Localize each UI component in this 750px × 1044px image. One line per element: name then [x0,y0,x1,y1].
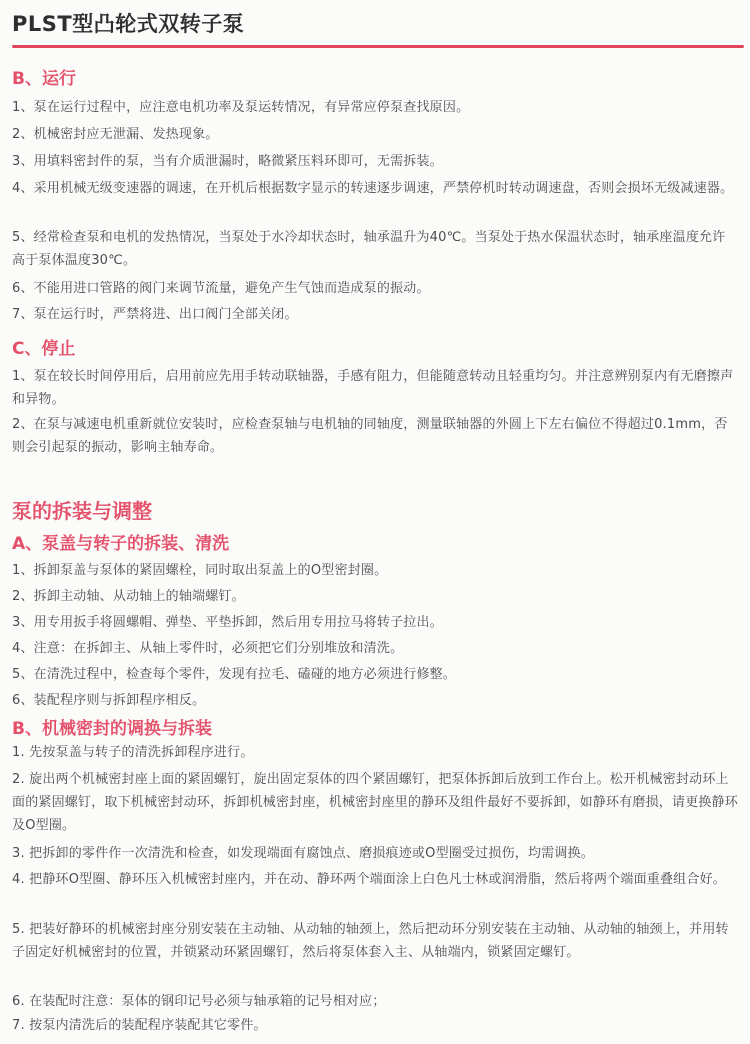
list-item: 6、装配程序则与拆卸程序相反。 [12,689,738,712]
list-item: 7. 按泵内清洗后的装配程序装配其它零件。 [12,1014,738,1037]
title-divider [12,45,744,48]
list-item: 1、泵在较长时间停用后，启用前应先用手转动联轴器，手感有阻力，但能随意转动且轻重… [12,365,738,411]
section-heading-mechanical-seal: B、机械密封的调换与拆装 [12,714,212,739]
list-item: 4. 把静环O型圈、静环压入机械密封座内，并在动、静环两个端面涂上白色凡士林或润… [12,868,738,891]
list-item: 3、用专用扳手将圆螺帽、弹垫、平垫拆卸，然后用专用拉马将转子拉出。 [12,611,738,634]
list-item: 1、拆卸泵盖与泵体的紧固螺栓，同时取出泵盖上的O型密封圈。 [12,559,738,582]
list-item: 6. 在装配时注意：泵体的钢印记号必须与轴承箱的记号相对应； [12,990,738,1013]
section-heading-disassembly: A、泵盖与转子的拆装、清洗 [12,529,229,554]
list-item: 7、泵在运行时，严禁将进、出口阀门全部关闭。 [12,303,738,326]
section-heading-stop: C、停止 [12,334,75,359]
list-item: 1. 先按泵盖与转子的清洗拆卸程序进行。 [12,741,738,764]
page-title: PLST型凸轮式双转子泵 [12,8,244,38]
section-heading-run: B、运行 [12,64,76,89]
list-item: 2. 旋出两个机械密封座上面的紧固螺钉，旋出固定泵体的四个紧固螺钉，把泵体拆卸后… [12,768,738,837]
list-item: 5. 把装好静环的机械密封座分别安装在主动轴、从动轴的轴颈上，然后把动环分别安装… [12,918,738,964]
list-item: 3. 把拆卸的零件作一次清洗和检查，如发现端面有腐蚀点、磨损痕迹或O型圈受过损伤… [12,842,738,865]
list-item: 3、用填料密封件的泵，当有介质泄漏时，略微紧压料环即可，无需拆装。 [12,150,738,173]
list-item: 6、不能用进口管路的阀门来调节流量，避免产生气蚀而造成泵的振动。 [12,277,738,300]
list-item: 1、泵在运行过程中，应注意电机功率及泵运转情况，有异常应停泵查找原因。 [12,96,738,119]
list-item: 2、机械密封应无泄漏、发热现象。 [12,123,738,146]
list-item: 4、采用机械无级变速器的调速，在开机后根据数字显示的转速逐步调速，严禁停机时转动… [12,177,738,200]
list-item: 5、在清洗过程中，检查每个零件，发现有拉毛、磕碰的地方必须进行修整。 [12,663,738,686]
chapter-heading: 泵的拆装与调整 [12,495,152,524]
list-item: 4、注意：在拆卸主、从轴上零件时，必须把它们分别堆放和清洗。 [12,637,738,660]
list-item: 5、经常检查泵和电机的发热情况，当泵处于水冷却状态时，轴承温升为40℃。当泵处于… [12,226,738,272]
list-item: 2、拆卸主动轴、从动轴上的轴端螺钉。 [12,585,738,608]
document-page: PLST型凸轮式双转子泵 B、运行 1、泵在运行过程中，应注意电机功率及泵运转情… [0,0,750,1044]
list-item: 2、在泵与减速电机重新就位安装时，应检查泵轴与电机轴的同轴度，测量联轴器的外圆上… [12,413,738,459]
